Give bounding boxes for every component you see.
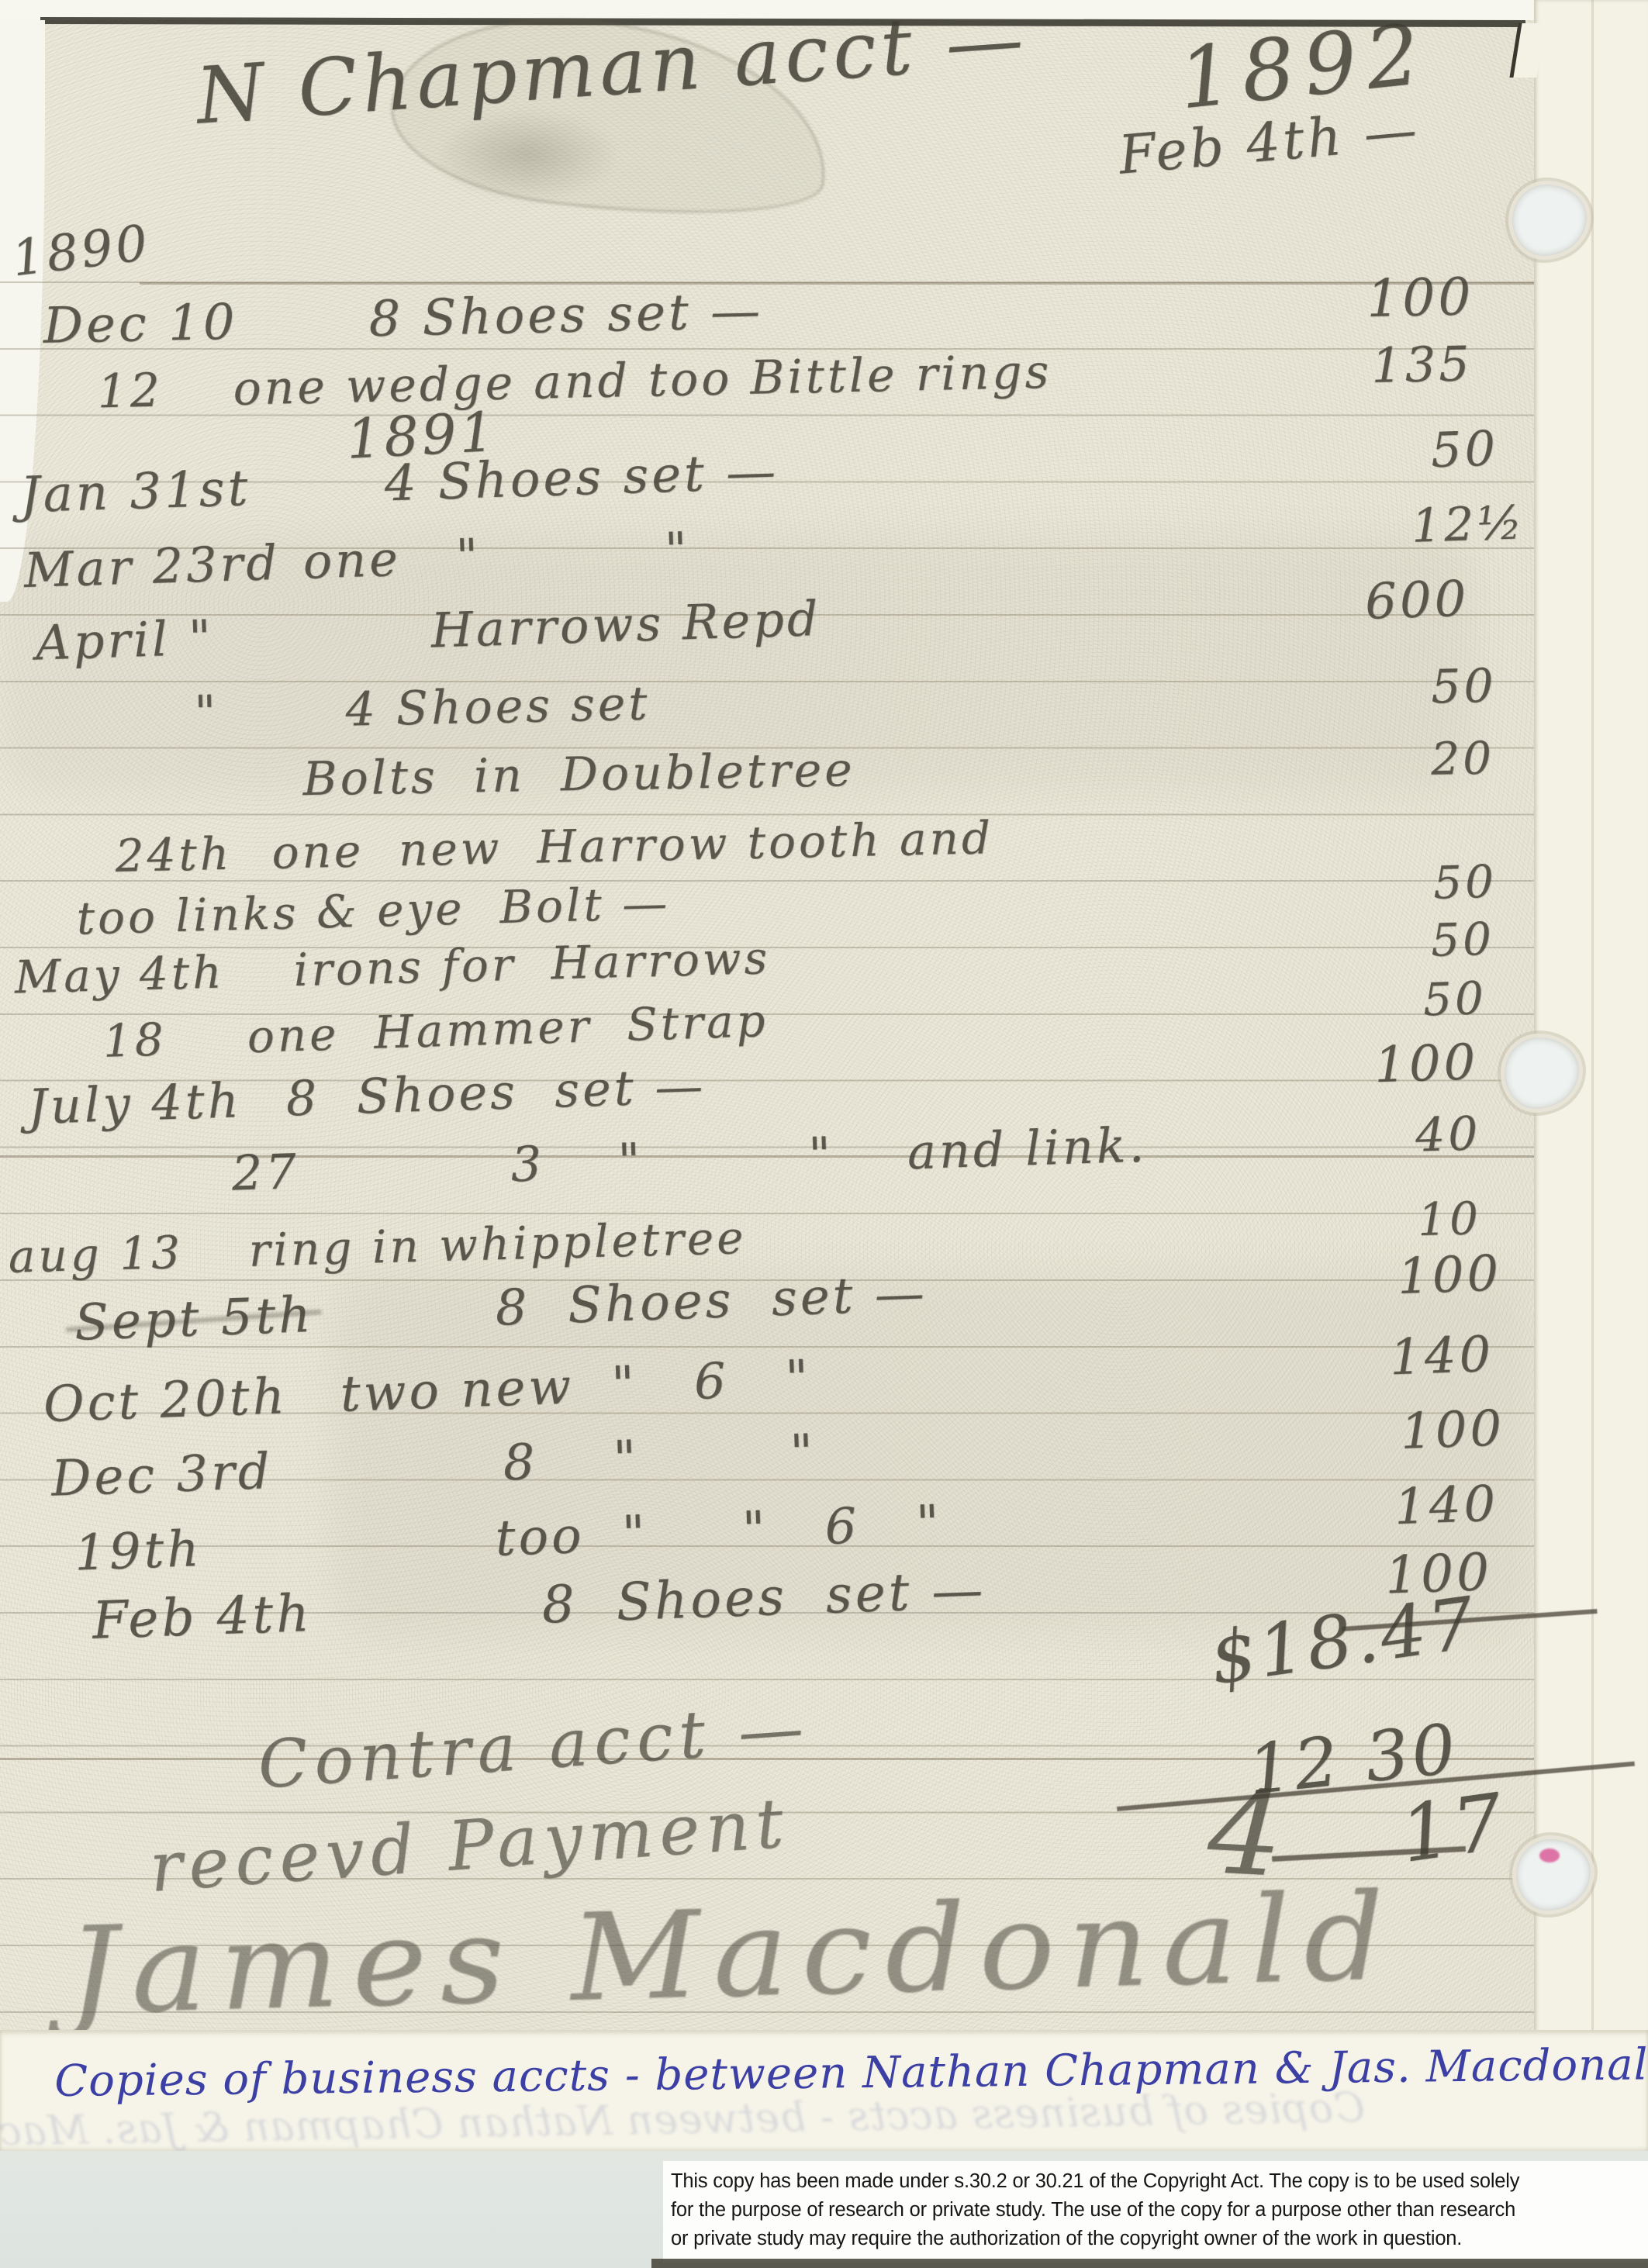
row-amount: 50 <box>1432 858 1497 905</box>
copyright-notice: This copy has been made under s.30.2 or … <box>663 2161 1648 2263</box>
copyright-line: or private study may require the authori… <box>671 2225 1648 2253</box>
row-amount: 50 <box>1430 917 1494 963</box>
row-amount: 140 <box>1389 1330 1494 1383</box>
row-amount: 50 <box>1431 663 1498 711</box>
row-amount: 12½ <box>1411 499 1525 550</box>
row-description: 4 Shoes set — <box>384 447 779 509</box>
copyright-line: This copy has been made under s.30.2 or … <box>671 2167 1648 2196</box>
row-description: one new Harrow tooth and <box>271 815 994 875</box>
row-description: 8 Shoes set — <box>285 1062 707 1123</box>
row-amount: 100 <box>1373 1037 1479 1090</box>
row-amount: 40 <box>1415 1110 1481 1159</box>
row-date: May 4th <box>14 949 225 999</box>
row-date: Feb 4th <box>92 1588 313 1647</box>
row-description: 8 Shoes set — <box>368 286 764 344</box>
row-description: irons for Harrows <box>293 935 771 992</box>
row-amount: 600 <box>1364 575 1470 627</box>
row-date: Dec 3rd <box>50 1447 274 1504</box>
row-amount: 100 <box>1366 271 1474 325</box>
row-amount: 10 <box>1417 1196 1481 1242</box>
row-description: 4 Shoes set <box>345 680 651 733</box>
row-date: Dec 10 <box>43 298 238 351</box>
row-description: Harrows Repd <box>430 595 822 655</box>
copyright-line: for the purpose of research or private s… <box>671 2196 1648 2225</box>
row-date: July 4th <box>27 1076 242 1131</box>
row-description: two new " 6 " <box>340 1354 812 1420</box>
row-description: Bolts in Doubletree <box>302 747 855 803</box>
backing-page-seam <box>1591 0 1594 2268</box>
row-description: too " " 6 " <box>495 1499 943 1564</box>
row-amount: 50 <box>1422 975 1487 1023</box>
row-amount: 20 <box>1431 735 1495 781</box>
signature: James Macdonald <box>66 1876 1399 2032</box>
row-description: 8 Shoes set — <box>541 1565 987 1631</box>
row-date: 12 <box>97 368 164 416</box>
row-date: 19th <box>74 1524 203 1579</box>
row-date: April " <box>35 613 215 667</box>
row-date: aug 13 <box>8 1230 184 1279</box>
row-description: ring in whippletree <box>248 1215 747 1273</box>
scan-bottom-edge <box>651 2259 1648 2268</box>
row-amount: 50 <box>1430 424 1499 475</box>
row-amount: 135 <box>1371 340 1474 390</box>
row-amount: 140 <box>1394 1479 1499 1533</box>
row-description: too links & eye Bolt — <box>76 880 671 941</box>
scanned-ledger-page: N Chapman acct — 1892 Feb 4th — 1890 Dec… <box>0 0 1648 2268</box>
row-description: 8 " " <box>503 1427 817 1488</box>
payment-amount-cents: 17 <box>1396 1783 1511 1874</box>
row-date: Jan 31st <box>19 464 251 520</box>
row-amount: 100 <box>1400 1403 1505 1457</box>
row-amount: 100 <box>1397 1248 1502 1302</box>
row-date: 27 <box>231 1148 300 1198</box>
row-date: 24th <box>115 831 233 879</box>
row-description: one " " <box>302 526 691 586</box>
row-date: Oct 20th <box>43 1372 288 1430</box>
pink-ink-mark <box>1539 1849 1560 1862</box>
row-date: Mar 23rd <box>23 539 281 595</box>
row-description: 8 Shoes set — <box>495 1269 928 1333</box>
row-date: 18 <box>102 1017 168 1064</box>
row-date: " <box>194 689 219 737</box>
